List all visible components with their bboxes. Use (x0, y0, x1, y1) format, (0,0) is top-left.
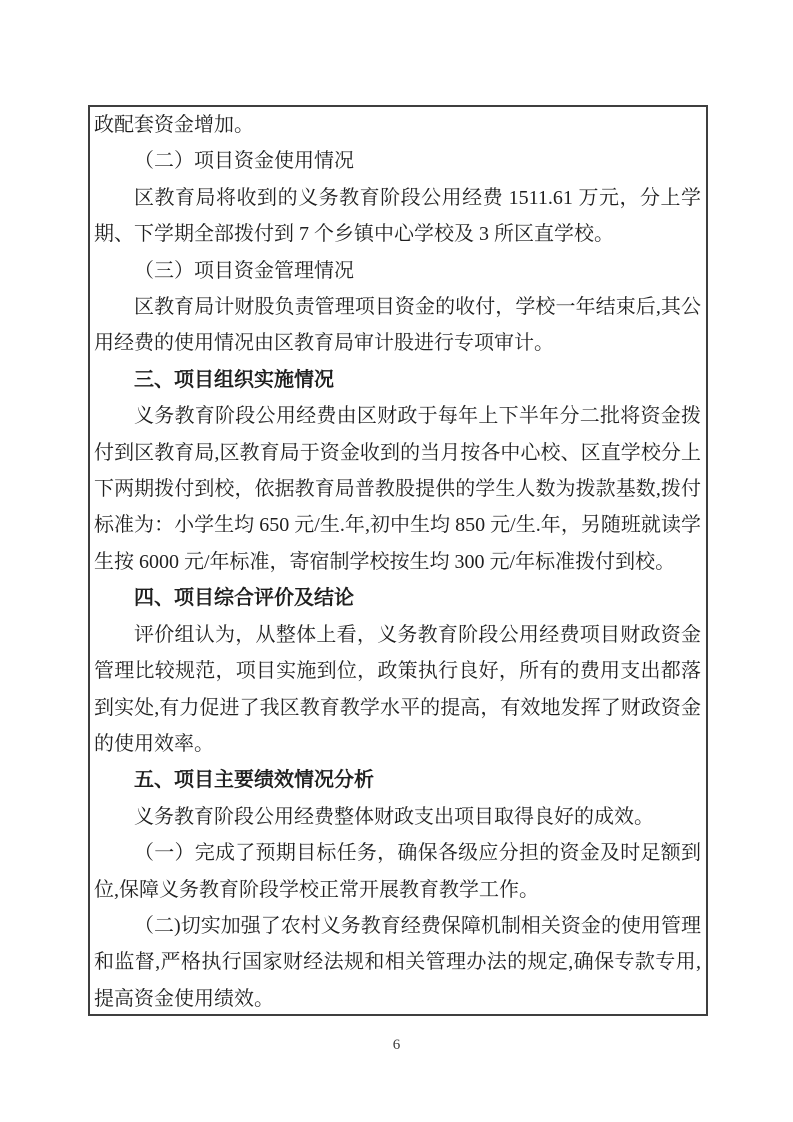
paragraph-performance-item-1: （一）完成了预期目标任务，确保各级应分担的资金及时足额到位,保障义务教育阶段学校… (94, 835, 701, 908)
section-heading-4-evaluation: 四、项目综合评价及结论 (94, 580, 701, 616)
paragraph-evaluation-conclusion: 评价组认为，从整体上看，义务教育阶段公用经费项目财政资金管理比较规范，项目实施到… (94, 617, 701, 763)
page-number: 6 (0, 1037, 793, 1054)
section-heading-3-implementation: 三、项目组织实施情况 (94, 362, 701, 398)
paragraph-performance-summary: 义务教育阶段公用经费整体财政支出项目取得良好的成效。 (94, 799, 701, 835)
paragraph-implementation-detail: 义务教育阶段公用经费由区财政于每年上下半年分二批将资金拨付到区教育局,区教育局于… (94, 398, 701, 580)
section-heading-5-performance: 五、项目主要绩效情况分析 (94, 762, 701, 798)
paragraph-subsection-3-title: （三）项目资金管理情况 (94, 253, 701, 289)
paragraph-performance-item-2: （二)切实加强了农村义务教育经费保障机制相关资金的使用管理和监督,严格执行国家财… (94, 908, 701, 1016)
paragraph-fund-usage: 区教育局将收到的义务教育阶段公用经费 1511.61 万元，分上学期、下学期全部… (94, 180, 701, 253)
document-border-frame: 政配套资金增加。 （二）项目资金使用情况 区教育局将收到的义务教育阶段公用经费 … (88, 105, 708, 1016)
paragraph-fund-management: 区教育局计财股负责管理项目资金的收付，学校一年结束后,其公用经费的使用情况由区教… (94, 289, 701, 362)
document-page: 政配套资金增加。 （二）项目资金使用情况 区教育局将收到的义务教育阶段公用经费 … (0, 0, 793, 1122)
paragraph-continuation: 政配套资金增加。 (94, 107, 701, 143)
paragraph-subsection-2-title: （二）项目资金使用情况 (94, 143, 701, 179)
